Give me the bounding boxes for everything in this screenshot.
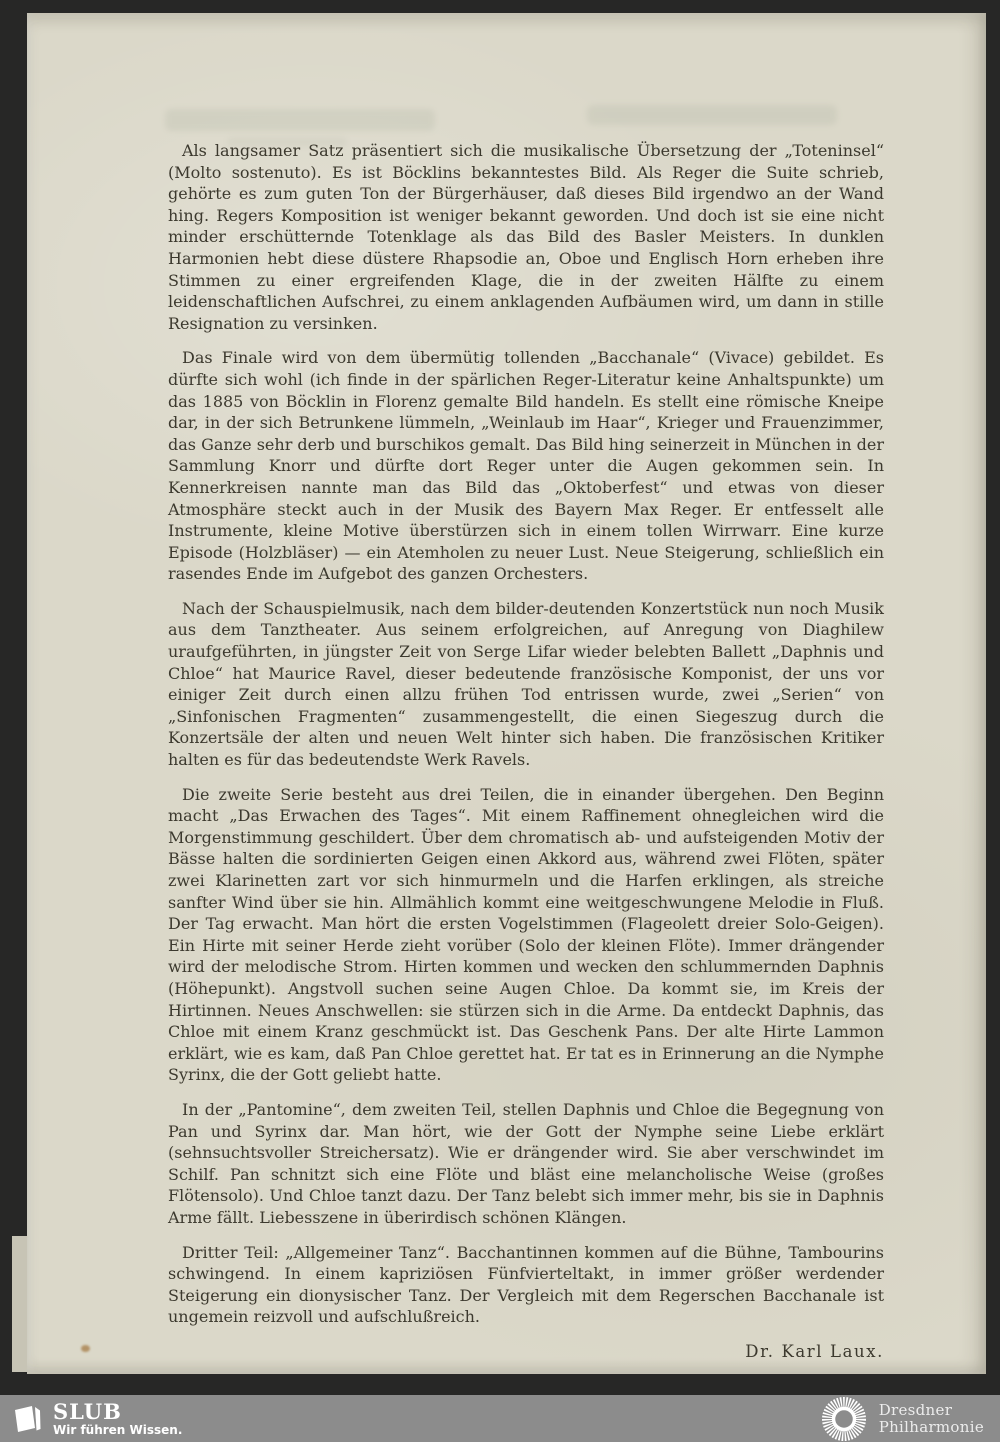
slub-logo: SLUB Wir führen Wissen. — [12, 1401, 182, 1437]
philharmonie-name: Dresdner Philharmonie — [879, 1402, 984, 1436]
show-through-ghost — [165, 109, 435, 131]
paragraph: Das Finale wird von dem übermütig tollen… — [168, 347, 884, 585]
footer-brand-bar: SLUB Wir führen Wissen. Dresdner Philhar… — [0, 1395, 1000, 1442]
philharmonie-logo: Dresdner Philharmonie — [821, 1396, 984, 1442]
slub-wordmark: SLUB — [53, 1401, 182, 1422]
paragraph: In der „Pantomine“, dem zweiten Teil, st… — [168, 1099, 884, 1229]
scanned-page: Als langsamer Satz präsentiert sich die … — [27, 13, 986, 1374]
slub-tagline: Wir führen Wissen. — [53, 1423, 182, 1437]
show-through-ghost — [587, 105, 837, 125]
paragraph: Dritter Teil: „Allgemeiner Tanz“. Baccha… — [168, 1242, 884, 1328]
foxing-spot — [81, 1345, 90, 1352]
paragraph: Nach der Schauspielmusik, nach dem bilde… — [168, 598, 884, 771]
author-signature: Dr. Karl Laux. — [168, 1341, 884, 1363]
sunburst-icon — [821, 1396, 867, 1442]
philharmonie-name-line2: Philharmonie — [879, 1419, 984, 1436]
page-text-block: Als langsamer Satz präsentiert sich die … — [168, 140, 884, 1362]
paragraph: Die zweite Serie besteht aus drei Teilen… — [168, 784, 884, 1086]
paragraph: Als langsamer Satz präsentiert sich die … — [168, 140, 884, 334]
philharmonie-name-line1: Dresdner — [879, 1402, 984, 1419]
open-book-icon — [12, 1403, 42, 1435]
